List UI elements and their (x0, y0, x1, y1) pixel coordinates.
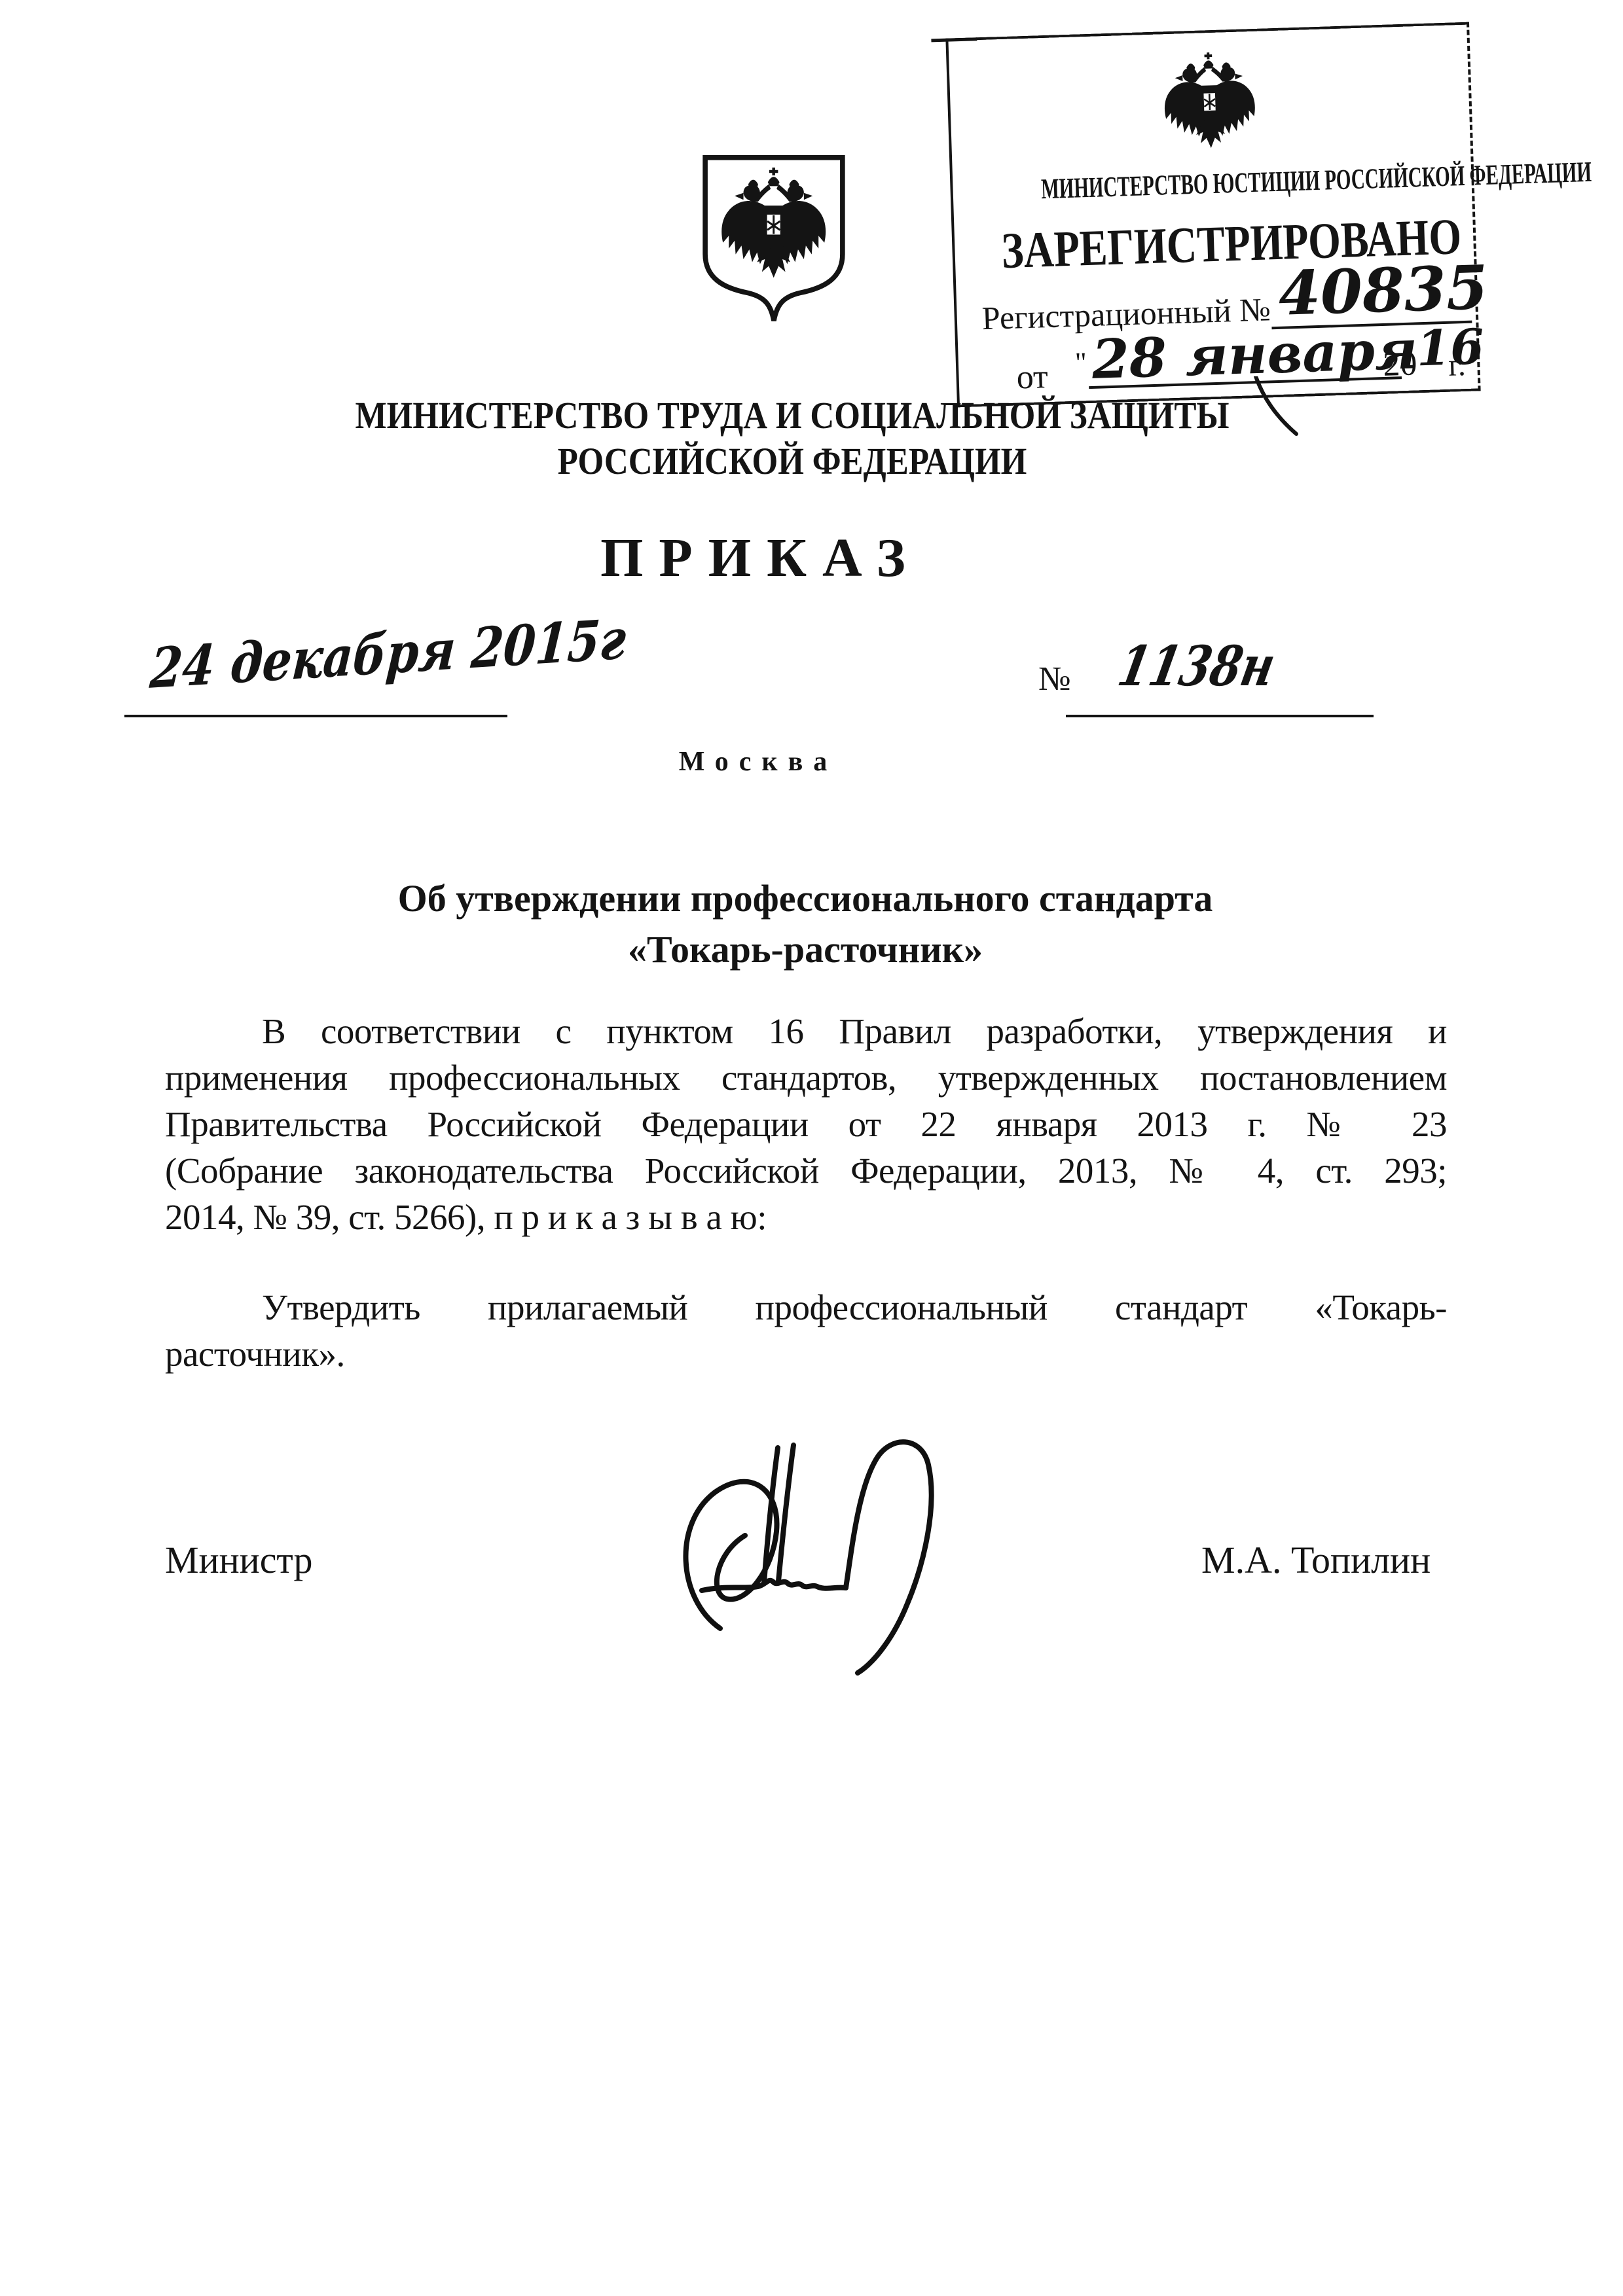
signer-title: Министр (165, 1538, 313, 1582)
subject-heading: Об утверждении профессионального стандар… (164, 873, 1447, 975)
doc-date-underline (124, 715, 507, 717)
paragraph-1-line: 2014, № 39, ст. 5266), п р и к а з ы в а… (165, 1194, 1447, 1240)
paragraph-2-line: расточник». (165, 1331, 1447, 1377)
paragraph-1-line: применения профессиональных стандартов, … (165, 1054, 1447, 1101)
org-title-line1: МИНИСТЕРСТВО ТРУДА И СОЦИАЛЬНОЙ ЗАЩИТЫ (239, 393, 1345, 439)
org-title-line2: РОССИЙСКОЙ ФЕДЕРАЦИИ (239, 439, 1345, 484)
subject-line1: Об утверждении профессионального стандар… (164, 873, 1447, 924)
paragraph-2: Утвердить прилагаемый профессиональный с… (165, 1284, 1447, 1377)
stamp-year-unit: г. (1448, 347, 1467, 384)
registration-stamp: МИНИСТЕРСТВО ЮСТИЦИИ РОССИЙСКОЙ ФЕДЕРАЦИ… (945, 22, 1480, 408)
doc-type-title: ПРИКАЗ (164, 526, 1342, 590)
city-label: Москва (164, 746, 1342, 778)
doc-number-handwritten: 1138н (1113, 634, 1281, 698)
org-title: МИНИСТЕРСТВО ТРУДА И СОЦИАЛЬНОЙ ЗАЩИТЫ Р… (239, 393, 1345, 484)
signer-name: М.А. Топилин (1201, 1538, 1431, 1582)
paragraph-1-line: (Собрание законодательства Российской Фе… (165, 1147, 1447, 1194)
paragraph-1-line: Правительства Российской Федерации от 22… (165, 1101, 1447, 1147)
stamp-open-quote: " (1074, 346, 1087, 380)
paragraph-1: В соответствии с пунктом 16 Правил разра… (165, 1008, 1447, 1240)
doc-number-sign: № (1038, 660, 1071, 698)
stamp-date-prefix: от (1016, 357, 1049, 397)
stamp-reg-number-value: 40835 (1277, 252, 1489, 329)
coat-of-arms-shield-icon (699, 148, 848, 332)
subject-line2: «Токарь-расточник» (164, 924, 1447, 975)
paragraph-1-line: В соответствии с пунктом 16 Правил разра… (165, 1008, 1447, 1054)
document-page: МИНИСТЕРСТВО ЮСТИЦИИ РОССИЙСКОЙ ФЕДЕРАЦИ… (0, 0, 1623, 2296)
paragraph-2-line: Утвердить прилагаемый профессиональный с… (165, 1284, 1447, 1331)
stamp-ministry-line: МИНИСТЕРСТВО ЮСТИЦИИ РОССИЙСКОЙ ФЕДЕРАЦИ… (1040, 162, 1383, 206)
doc-number-underline (1066, 715, 1374, 717)
doc-date-handwritten: 24 декабря 2015г (148, 606, 629, 701)
minister-signature-icon (642, 1426, 1034, 1687)
justice-eagle-icon (1157, 51, 1262, 164)
